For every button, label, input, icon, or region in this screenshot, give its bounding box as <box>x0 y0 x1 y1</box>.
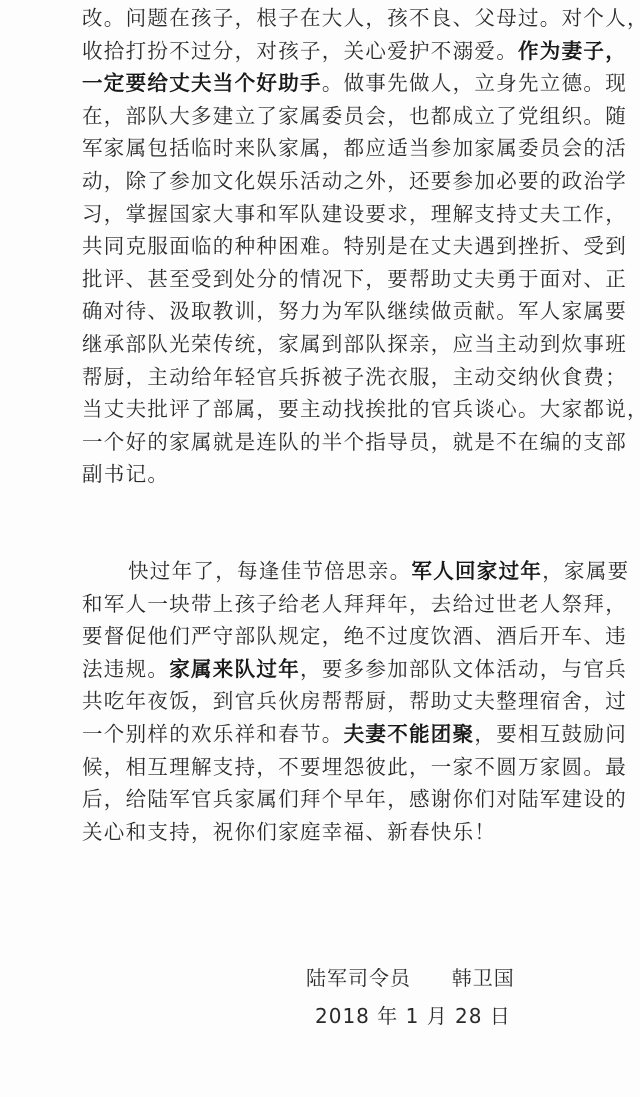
text-segment: 继承部队光荣传统，家属到部队探亲，应当主动到炊事班 <box>82 332 627 356</box>
text-segment: 要督促他们严守部队规定，绝不过度饮酒、酒后开车、违 <box>82 624 627 648</box>
text-segment: 。做事先做人，立身先立德。现 <box>322 71 627 95</box>
signature-title: 陆军司令员 <box>306 966 411 990</box>
text-segment: 在，部队大多建立了家属委员会，也都成立了党组织。随 <box>82 104 627 128</box>
bold-text: 作为妻子， <box>518 39 627 63</box>
text-segment: 副书记。 <box>82 462 169 486</box>
text-line: 后，给陆军官兵家属们拜个早年，感谢你们对陆军建设的 <box>82 783 562 816</box>
text-segment: 帮厨，主动给年轻官兵拆被子洗衣服，主动交纳伙食费； <box>82 365 627 389</box>
text-line: 一个别样的欢乐祥和春节。夫妻不能团聚，要相互鼓励问 <box>82 718 562 751</box>
text-segment: 候，相互理解支持，不要埋怨彼此，一家不圆万家圆。最 <box>82 755 627 779</box>
paragraph-2: 快过年了，每逢佳节倍思亲。军人回家过年，家属要和军人一块带上孩子给老人拜拜年，去… <box>82 555 562 848</box>
text-line: 习，掌握国家大事和军队建设要求，理解支持丈夫工作， <box>82 198 562 231</box>
document-page: 改。问题在孩子，根子在大人，孩不良、父母过。对个人，收拾打扮不过分，对孩子，关心… <box>0 0 640 1097</box>
text-line: 候，相互理解支持，不要埋怨彼此，一家不圆万家圆。最 <box>82 751 562 784</box>
bold-text: 军人回家过年 <box>411 559 542 583</box>
text-line: 动，除了参加文化娱乐活动之外，还要参加必要的政治学 <box>82 165 562 198</box>
text-line: 确对待、汲取教训，努力为军队继续做贡献。军人家属要 <box>82 295 562 328</box>
text-segment: 一个别样的欢乐祥和春节。 <box>82 722 344 746</box>
text-segment: 关心和支持，祝你们家庭幸福、新春快乐！ <box>82 820 496 844</box>
text-segment: 一个好的家属就是连队的半个指导员，就是不在编的支部 <box>82 430 627 454</box>
text-line: 副书记。 <box>82 458 562 491</box>
text-line: 继承部队光荣传统，家属到部队探亲，应当主动到炊事班 <box>82 328 562 361</box>
signature-line: 陆军司令员 韩卫国 <box>306 962 515 991</box>
text-line: 法违规。家属来队过年，要多参加部队文体活动，与官兵 <box>82 653 562 686</box>
signature-name: 韩卫国 <box>452 966 515 990</box>
text-segment: 批评、甚至受到处分的情况下，要帮助丈夫勇于面对、正 <box>82 267 627 291</box>
paragraph-1: 改。问题在孩子，根子在大人，孩不良、父母过。对个人，收拾打扮不过分，对孩子，关心… <box>82 2 562 491</box>
text-segment: ，要多参加部队文体活动，与官兵 <box>300 657 627 681</box>
text-segment: 快过年了，每逢佳节倍思亲。 <box>128 559 411 583</box>
text-line: 军家属包括临时来队家属，都应适当参加家属委员会的活 <box>82 132 562 165</box>
text-segment: 后，给陆军官兵家属们拜个早年，感谢你们对陆军建设的 <box>82 787 627 811</box>
text-line: 共同克服面临的种种困难。特别是在丈夫遇到挫折、受到 <box>82 230 562 263</box>
text-line: 在，部队大多建立了家属委员会，也都成立了党组织。随 <box>82 100 562 133</box>
text-line: 收拾打扮不过分，对孩子，关心爱护不溺爱。作为妻子， <box>82 35 562 68</box>
text-line: 共吃年夜饭，到官兵伙房帮帮厨，帮助丈夫整理宿舍，过 <box>82 685 562 718</box>
text-segment: 共吃年夜饭，到官兵伙房帮帮厨，帮助丈夫整理宿舍，过 <box>82 689 627 713</box>
text-segment: 军家属包括临时来队家属，都应适当参加家属委员会的活 <box>82 136 627 160</box>
bold-text: 夫妻不能团聚 <box>344 722 475 746</box>
text-line: 一定要给丈夫当个好助手。做事先做人，立身先立德。现 <box>82 67 562 100</box>
text-segment: 确对待、汲取教训，努力为军队继续做贡献。军人家属要 <box>82 299 627 323</box>
text-line: 当丈夫批评了部属，要主动找挨批的官兵谈心。大家都说， <box>82 393 562 426</box>
text-segment: 改。问题在孩子，根子在大人，孩不良、父母过。对个人， <box>82 6 640 30</box>
text-segment: 共同克服面临的种种困难。特别是在丈夫遇到挫折、受到 <box>82 234 627 258</box>
signature-date: 2018 年 1 月 28 日 <box>315 1000 511 1029</box>
bold-text: 家属来队过年 <box>169 657 300 681</box>
text-line: 快过年了，每逢佳节倍思亲。军人回家过年，家属要 <box>82 555 562 588</box>
text-segment: ，家属要 <box>542 559 629 583</box>
text-line: 帮厨，主动给年轻官兵拆被子洗衣服，主动交纳伙食费； <box>82 361 562 394</box>
text-line: 一个好的家属就是连队的半个指导员，就是不在编的支部 <box>82 426 562 459</box>
text-segment: 动，除了参加文化娱乐活动之外，还要参加必要的政治学 <box>82 169 627 193</box>
text-line: 关心和支持，祝你们家庭幸福、新春快乐！ <box>82 816 562 849</box>
text-segment: ，要相互鼓励问 <box>474 722 627 746</box>
text-segment: 当丈夫批评了部属，要主动找挨批的官兵谈心。大家都说， <box>82 397 640 421</box>
text-segment: 法违规。 <box>82 657 169 681</box>
text-segment: 和军人一块带上孩子给老人拜拜年，去给过世老人祭拜， <box>82 592 627 616</box>
text-line: 和军人一块带上孩子给老人拜拜年，去给过世老人祭拜， <box>82 588 562 621</box>
text-line: 改。问题在孩子，根子在大人，孩不良、父母过。对个人， <box>82 2 562 35</box>
text-segment: 收拾打扮不过分，对孩子，关心爱护不溺爱。 <box>82 39 518 63</box>
text-line: 批评、甚至受到处分的情况下，要帮助丈夫勇于面对、正 <box>82 263 562 296</box>
bold-text: 一定要给丈夫当个好助手 <box>82 71 322 95</box>
text-line: 要督促他们严守部队规定，绝不过度饮酒、酒后开车、违 <box>82 620 562 653</box>
text-segment: 习，掌握国家大事和军队建设要求，理解支持丈夫工作， <box>82 202 627 226</box>
